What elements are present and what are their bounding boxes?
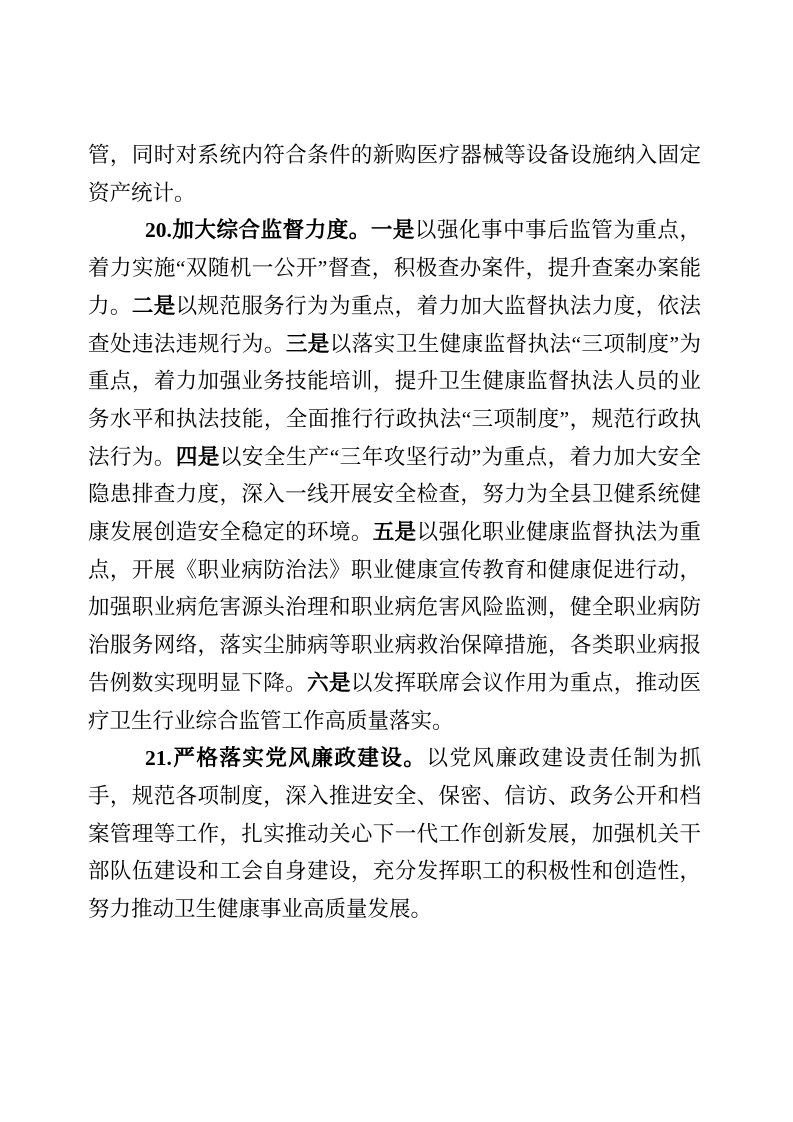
paragraph-item-21: 21.严格落实党风廉政建设。以党风廉政建设责任制为抓手，规范各项制度，深入推进安… — [88, 740, 701, 929]
paragraph-item-20: 20.加大综合监督力度。一是以强化事中事后监管为重点，着力实施“双随机一公开”督… — [88, 212, 701, 740]
text-run: 以强化职业健康监督执法为重点，开展《职业病防治法》职业健康宣传教育和健康促进行动… — [88, 520, 701, 695]
enumerator-run-4: 四是 — [176, 445, 220, 469]
enumerator-run-6: 六是 — [307, 671, 351, 695]
enumerator-run-1: 一是 — [371, 218, 415, 242]
enumerator-run-3: 三是 — [286, 332, 330, 356]
enumerator-run-5: 五是 — [373, 520, 417, 544]
text-run: 以党风廉政建设责任制为抓手，规范各项制度，深入推进安全、保密、信访、政务公开和档… — [88, 746, 701, 921]
document-page: 管，同时对系统内符合条件的新购医疗器械等设备设施纳入固定资产统计。 20.加大综… — [0, 0, 793, 1122]
item-20-heading-run: 20.加大综合监督力度。 — [145, 218, 371, 242]
text-run: 管，同时对系统内符合条件的新购医疗器械等设备设施纳入固定资产统计。 — [88, 143, 701, 205]
item-21-heading-run: 21.严格落实党风廉政建设。 — [145, 746, 426, 770]
enumerator-run-2: 二是 — [132, 294, 176, 318]
paragraph-continuation: 管，同时对系统内符合条件的新购医疗器械等设备设施纳入固定资产统计。 — [88, 137, 701, 212]
